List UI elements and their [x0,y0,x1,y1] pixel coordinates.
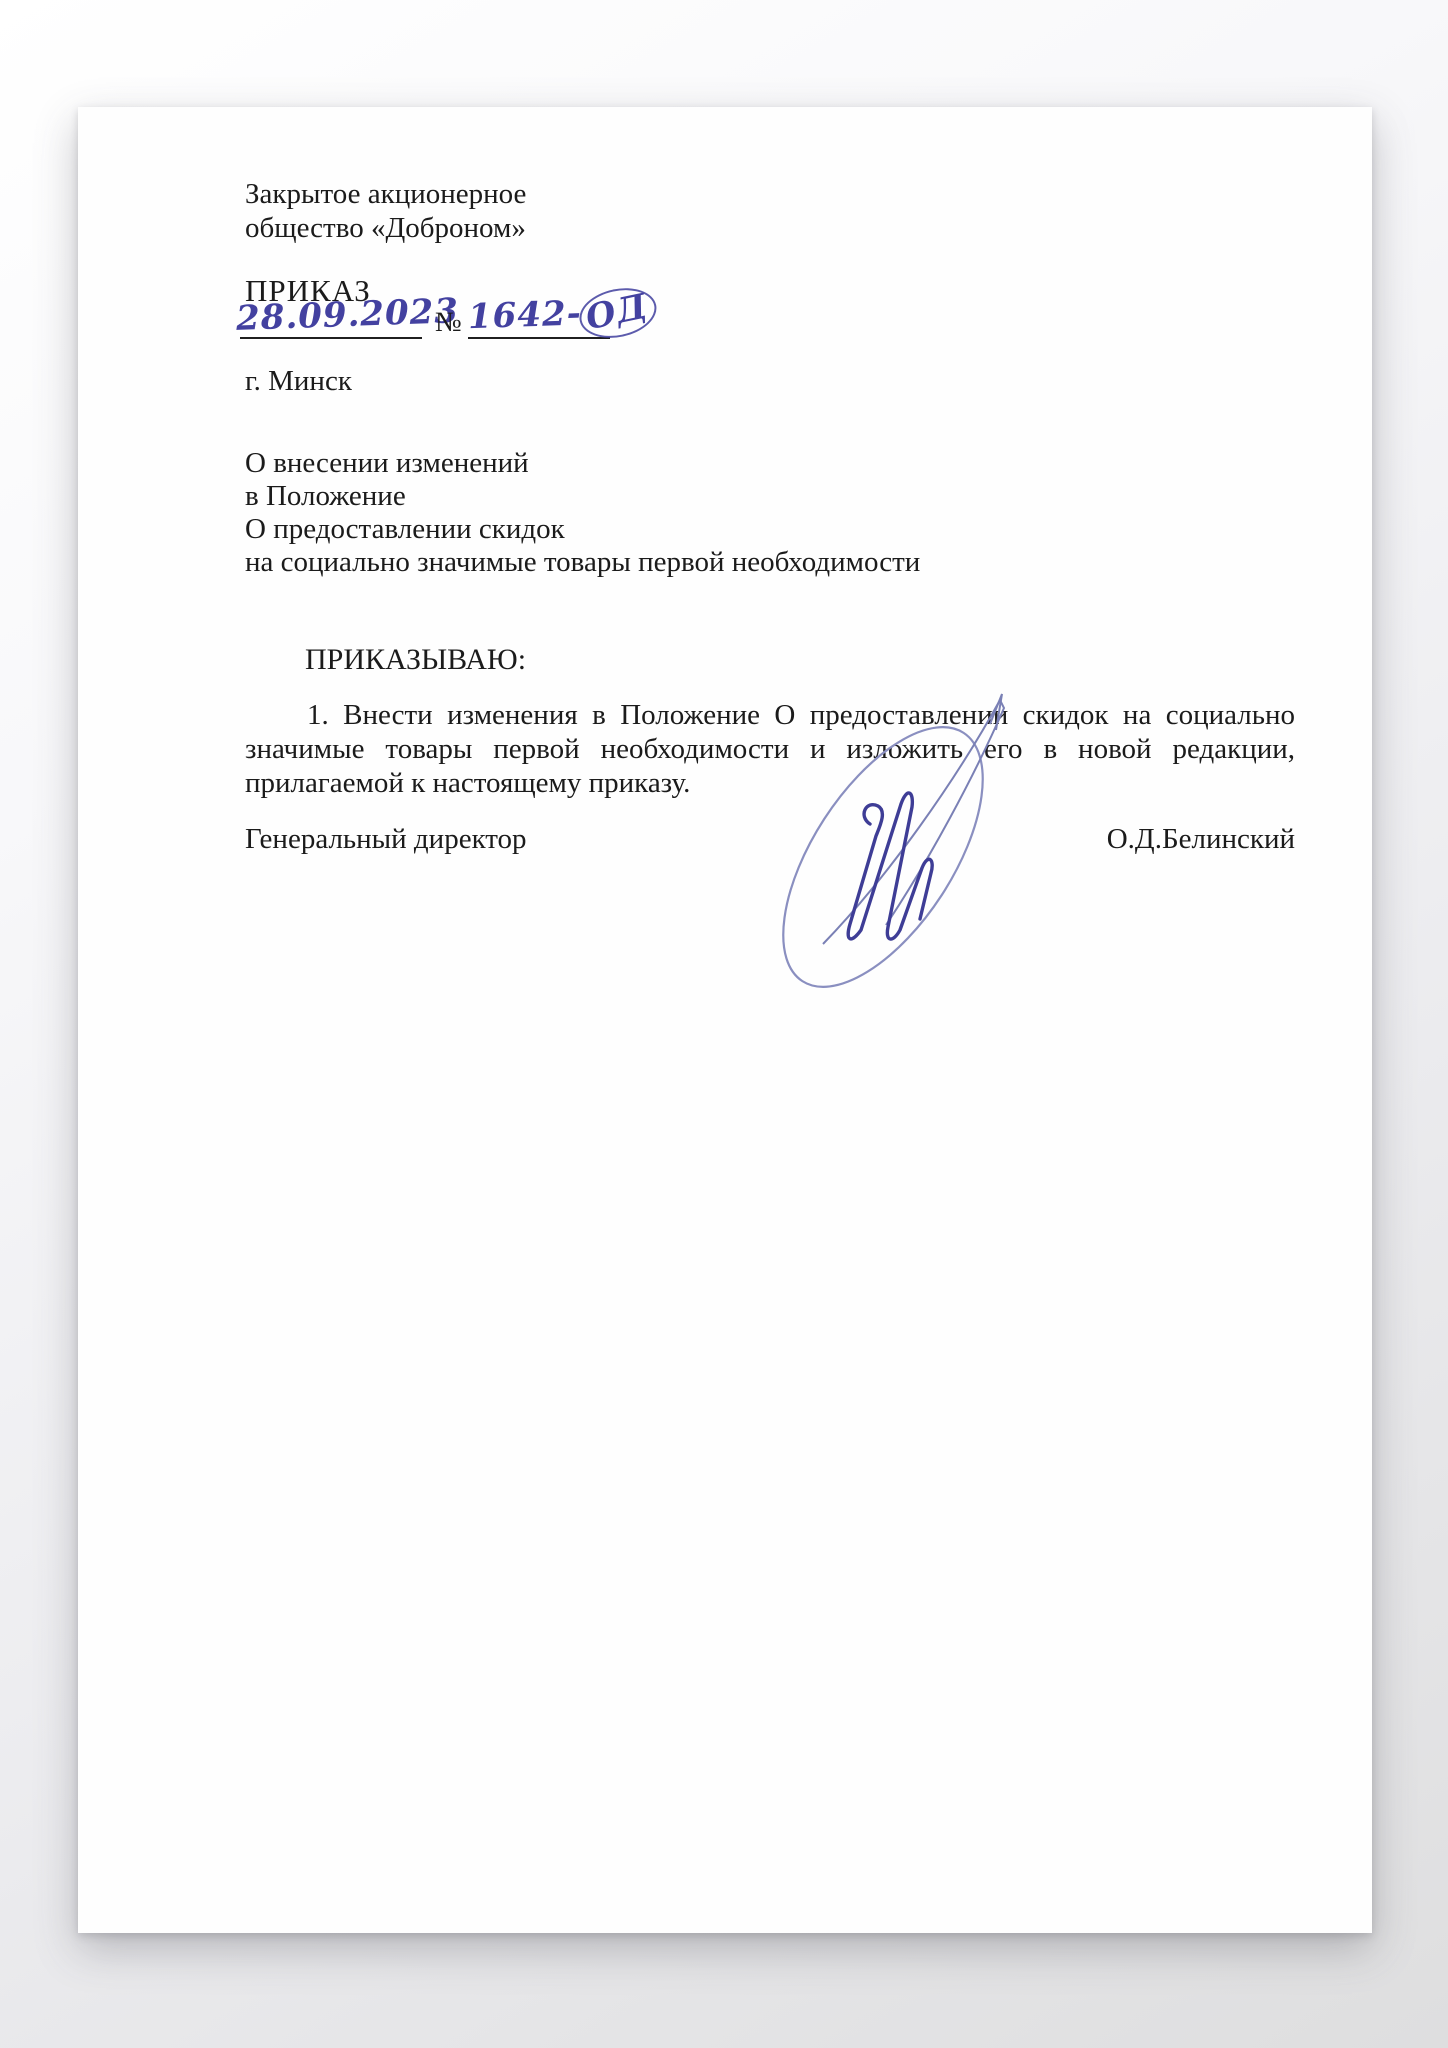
subject-line: на социально значимые товары первой необ… [245,546,920,579]
page-background: Закрытое акционерное общество «Доброном»… [0,0,1448,2048]
signer-name: О.Д.Белинский [1107,823,1295,856]
handwritten-number-main: 1642- [467,293,582,337]
order-body-paragraph: 1. Внести изменения в Положение О предос… [245,698,1295,800]
body-line: значимые товары первой необходимости и и… [245,732,1295,766]
signer-title: Генеральный директор [245,823,527,856]
scanned-document-page: Закрытое акционерное общество «Доброном»… [78,107,1372,1933]
organization-name: Закрытое акционерное общество «Доброном» [245,177,526,245]
handwritten-number: 1642-ОД [467,288,657,343]
city-line: г. Минск [245,365,352,398]
organization-name-line1: Закрытое акционерное [245,177,526,211]
date-underline [240,337,422,339]
subject-block: О внесении изменений в Положение О предо… [245,447,920,579]
handwritten-date: 28.09.2023 [235,291,459,339]
number-sign: № [435,307,462,339]
body-line: 1. Внести изменения в Положение О предос… [245,698,1295,732]
subject-line: в Положение [245,480,920,513]
signature-row: Генеральный директор О.Д.Белинский [245,823,1295,856]
subject-line: О внесении изменений [245,447,920,480]
order-keyword: ПРИКАЗЫВАЮ: [305,643,526,677]
organization-name-line2: общество «Доброном» [245,211,526,245]
subject-line: О предоставлении скидок [245,513,920,546]
body-line: прилагаемой к настоящему приказу. [245,766,1295,800]
signature-initials-stroke [848,793,932,939]
handwritten-number-circled-suffix: ОД [575,281,661,344]
